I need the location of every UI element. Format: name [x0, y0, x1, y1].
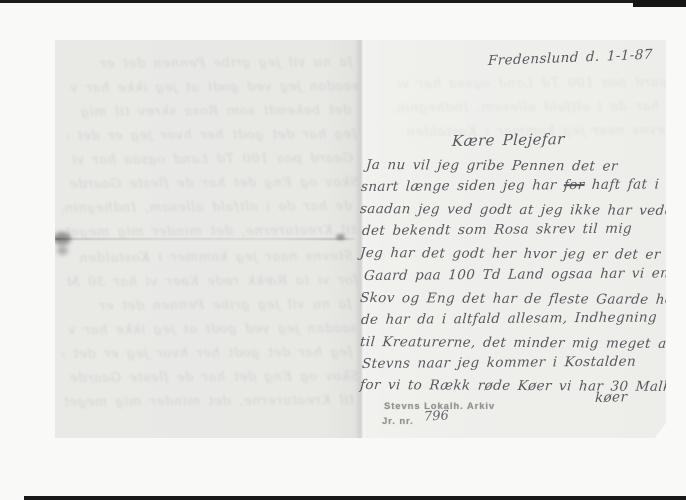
handwritten-line: Gaard paa 100 Td Land ogsaa har vi endel: [364, 265, 686, 284]
bleedthrough-line: saadan jeg ved godt at jeg ikke har vede: [69, 79, 359, 96]
bleedthrough-line: for vi to Rækk røde Køer vi har 30 Malke: [68, 273, 358, 290]
bleedthrough-line: Jeg har det godt her hvor jeg er det er …: [67, 127, 357, 144]
scanner-edge-top: [0, 0, 686, 3]
archive-stamp-journal-label: Jr. nr.: [382, 416, 414, 427]
crease-smudge: [336, 234, 345, 240]
handwritten-line: det bekendt som Rosa skrev til mig: [362, 221, 633, 239]
handwritten-line: Skov og Eng det har de fleste Gaarde her: [359, 290, 680, 308]
bleedthrough-line: Gaard paa 100 Td Land ogsaa har vi endel: [63, 151, 353, 168]
bleedthrough-line: Ja nu vil jeg gribe Pennen det er: [62, 297, 352, 314]
handwritten-line: Jeg har det godt her hvor jeg er det er …: [359, 245, 686, 263]
bleedthrough-line: Ja nu vil jeg gribe Pennen det er: [63, 55, 353, 72]
bleedthrough-line: Gaard paa 100 Td Land ogsaa har vi endel: [388, 75, 678, 92]
handwritten-line: saadan jeg ved godt at jeg ikke har vede: [359, 201, 673, 219]
letter-page-right: Gaard paa 100 Td Land ogsaa har vi endel…: [360, 40, 666, 438]
handwritten-continuation-word: køer: [595, 389, 628, 406]
bleedthrough-line: det bekendt som Rosa skrev til mig: [61, 103, 351, 120]
bleedthrough-line: Stevns naar jeg kommer i Kostalden: [63, 249, 353, 266]
bleedthrough-line: til Kreaturerne, det minder mig meget ag…: [64, 393, 354, 410]
letter-page-left: Ja nu vil jeg gribe Pennen det er saadan…: [55, 40, 360, 438]
line-text: snart længe siden jeg har: [361, 177, 565, 195]
bleedthrough-line: de har da i altfald allesam, Indhegning: [62, 199, 352, 216]
letter-scan: Ja nu vil jeg gribe Pennen det er saadan…: [0, 0, 686, 500]
bleedthrough-line: de har da i altfald allesam, Indhegning: [394, 99, 684, 116]
struck-word: for: [563, 177, 585, 193]
handwritten-line: for vi to Rækk røde Køer vi har 30 Malke: [359, 377, 680, 395]
handwritten-line: til Kreaturerne, det minder mig meget ag…: [359, 334, 685, 352]
letter-paper: Ja nu vil jeg gribe Pennen det er saadan…: [55, 40, 666, 438]
crease-smudge: [57, 246, 68, 255]
line-text: haft fat i en: [584, 176, 684, 193]
crease-smudge: [53, 232, 71, 245]
handwritten-line: Ja nu vil jeg gribe Pennen det er: [365, 157, 618, 175]
bleedthrough-line: Skov og Eng det har de fleste Gaarde her: [69, 369, 359, 386]
bleedthrough-line: Jeg har det godt her hvor jeg er det er …: [63, 345, 353, 362]
scanner-edge-bottom: [24, 496, 686, 500]
handwritten-line: snart længe siden jeg har for haft fat i…: [361, 176, 685, 195]
handwritten-line: Stevns naar jeg kommer i Kostalden: [362, 354, 637, 372]
scanner-edge-top-right: [633, 0, 686, 7]
bleedthrough-line: saadan jeg ved godt at jeg ikke har vede: [67, 321, 357, 338]
handwritten-line: de har da i altfald allesam, Indhegning: [361, 309, 658, 328]
fold-crease: [55, 238, 355, 240]
letter-date: Fredenslund d. 1-1-87: [488, 47, 653, 69]
archive-stamp-journal-number: 796: [424, 408, 450, 424]
bleedthrough-line: Skov og Eng det har de fleste Gaarde her: [69, 175, 359, 192]
letter-salutation: Kære Plejefar: [452, 130, 566, 150]
